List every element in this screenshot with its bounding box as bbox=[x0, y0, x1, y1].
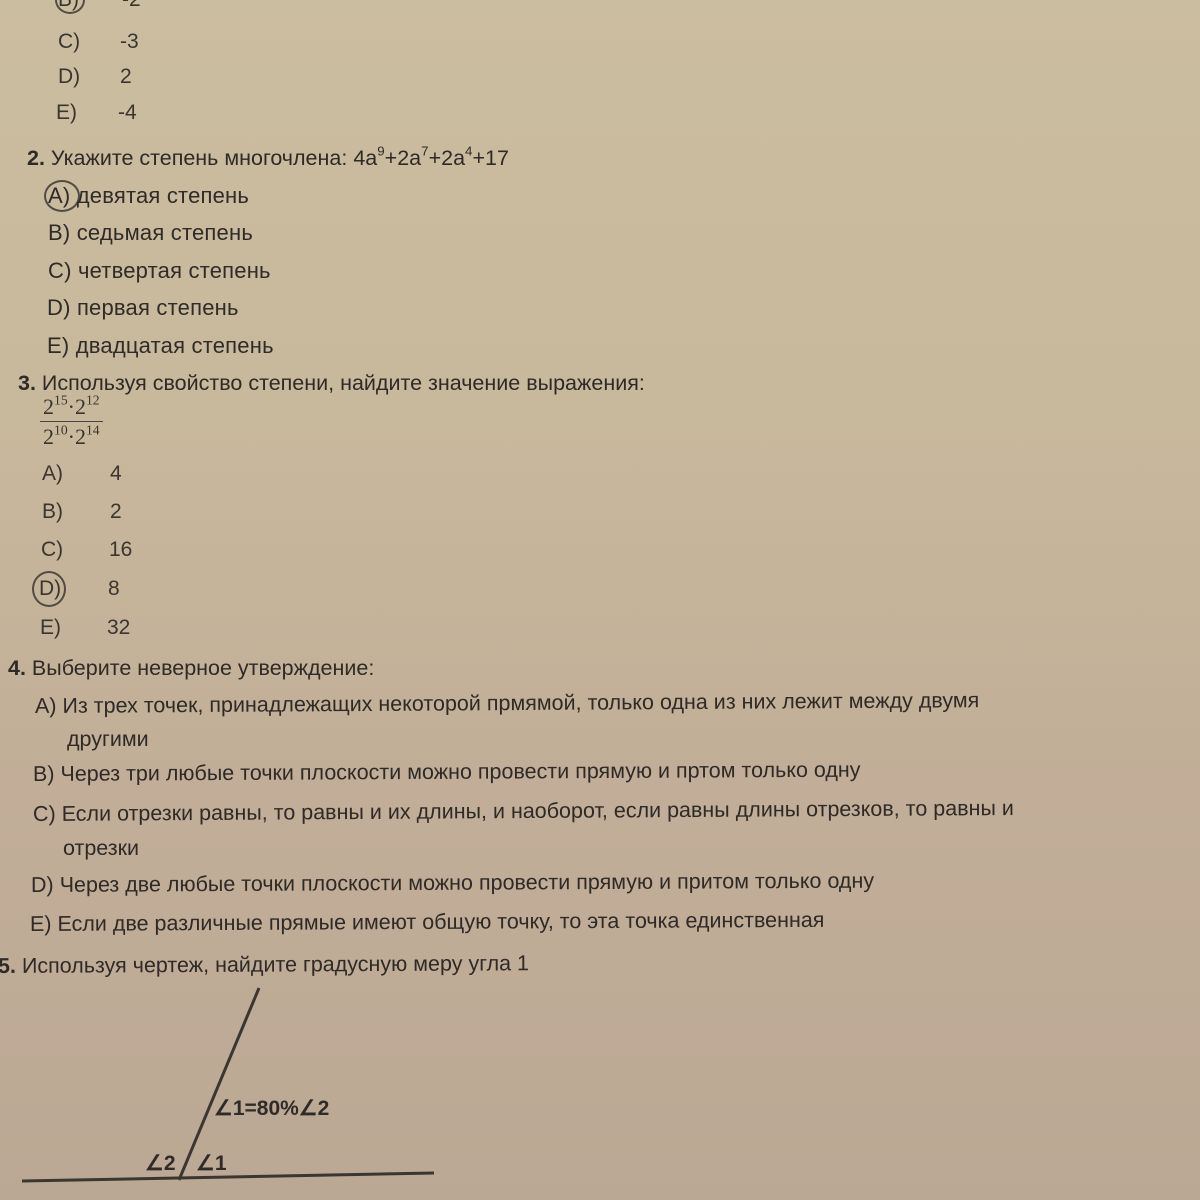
base-line bbox=[22, 1173, 434, 1181]
angle-condition-label: ∠1=80%∠2 bbox=[214, 1096, 329, 1121]
angle-2-label: ∠2 bbox=[145, 1151, 176, 1176]
angle-diagram bbox=[0, 0, 1200, 1200]
angle-1-label: ∠1 bbox=[196, 1151, 227, 1176]
